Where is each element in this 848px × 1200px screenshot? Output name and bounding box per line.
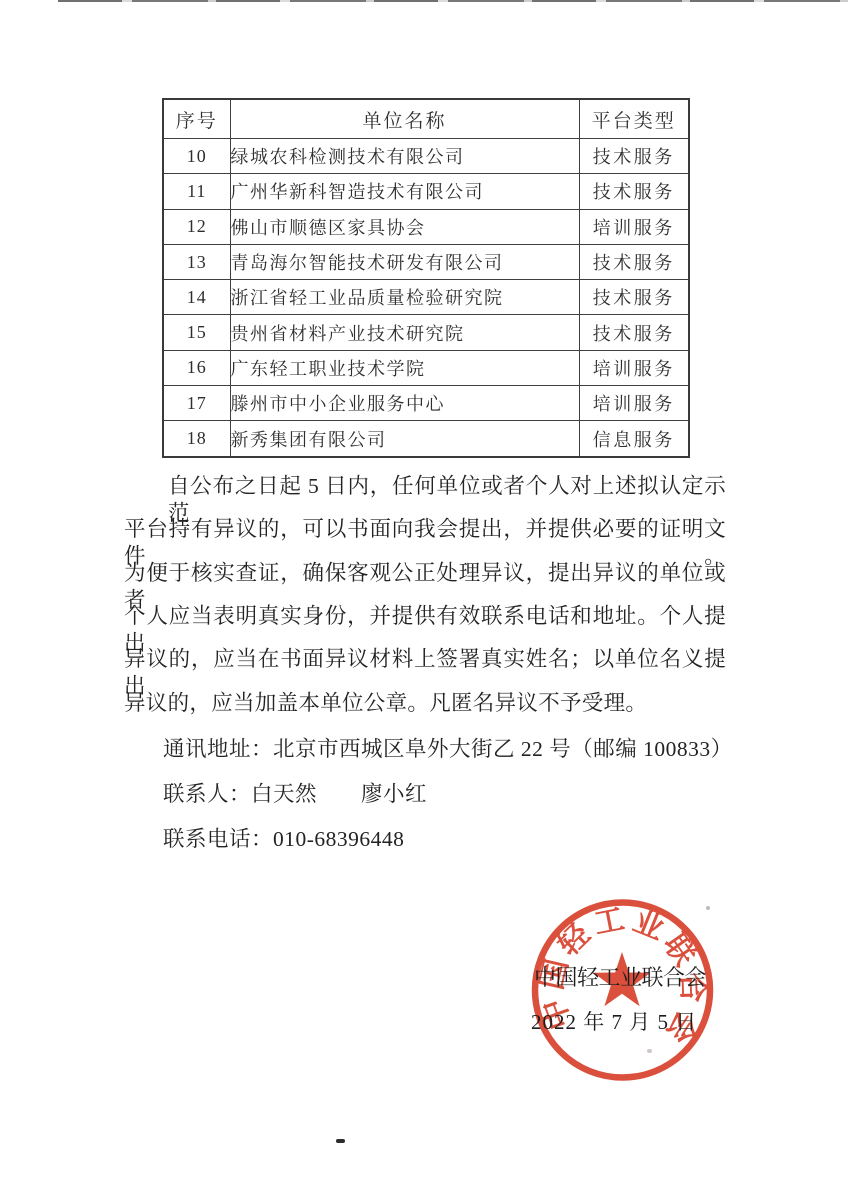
scan-speck xyxy=(706,906,710,910)
row-index: 13 xyxy=(163,244,230,279)
seal-org-name: 中国轻工业联合会 xyxy=(534,961,706,992)
scan-artifact-line xyxy=(58,0,848,2)
row-index: 15 xyxy=(163,315,230,350)
row-org-name: 绿城农科检测技术有限公司 xyxy=(230,139,579,174)
header-org-name: 单位名称 xyxy=(230,99,579,139)
row-index: 12 xyxy=(163,209,230,244)
scan-speck xyxy=(336,1139,345,1143)
row-platform-type: 培训服务 xyxy=(579,209,689,244)
row-org-name: 广东轻工职业技术学院 xyxy=(230,350,579,385)
row-index: 14 xyxy=(163,280,230,315)
scan-speck xyxy=(647,1049,652,1053)
svg-text:工: 工 xyxy=(591,903,627,941)
table-row: 17 滕州市中小企业服务中心 培训服务 xyxy=(163,386,689,421)
header-platform-type: 平台类型 xyxy=(579,99,689,139)
contact-person: 联系人：白天然 廖小红 xyxy=(163,781,427,808)
table-row: 12 佛山市顺德区家具协会 培训服务 xyxy=(163,209,689,244)
row-org-name: 贵州省材料产业技术研究院 xyxy=(230,315,579,350)
contact-address: 通讯地址：北京市西城区阜外大街乙 22 号（邮编 100833） xyxy=(163,736,733,763)
row-platform-type: 技术服务 xyxy=(579,315,689,350)
header-index: 序号 xyxy=(163,99,230,139)
table-row: 13 青岛海尔智能技术研发有限公司 技术服务 xyxy=(163,244,689,279)
row-platform-type: 信息服务 xyxy=(579,421,689,457)
row-org-name: 青岛海尔智能技术研发有限公司 xyxy=(230,244,579,279)
row-index: 11 xyxy=(163,174,230,209)
scanned-document-page: 序号 单位名称 平台类型 10 绿城农科检测技术有限公司 技术服务 11 广州华… xyxy=(0,0,848,1200)
table-row: 14 浙江省轻工业品质量检验研究院 技术服务 xyxy=(163,280,689,315)
table-row: 10 绿城农科检测技术有限公司 技术服务 xyxy=(163,139,689,174)
row-platform-type: 培训服务 xyxy=(579,386,689,421)
row-index: 16 xyxy=(163,350,230,385)
paragraph-line: 异议的，应当加盖本单位公章。凡匿名异议不予受理。 xyxy=(124,690,726,717)
table-row: 18 新秀集团有限公司 信息服务 xyxy=(163,421,689,457)
seal-date: 2022 年 7 月 5 日 xyxy=(531,1006,697,1036)
table-row: 16 广东轻工职业技术学院 培训服务 xyxy=(163,350,689,385)
row-platform-type: 技术服务 xyxy=(579,174,689,209)
table-row: 15 贵州省材料产业技术研究院 技术服务 xyxy=(163,315,689,350)
row-index: 10 xyxy=(163,139,230,174)
row-org-name: 浙江省轻工业品质量检验研究院 xyxy=(230,280,579,315)
row-platform-type: 技术服务 xyxy=(579,139,689,174)
row-org-name: 新秀集团有限公司 xyxy=(230,421,579,457)
row-org-name: 滕州市中小企业服务中心 xyxy=(230,386,579,421)
row-platform-type: 技术服务 xyxy=(579,244,689,279)
platform-table: 序号 单位名称 平台类型 10 绿城农科检测技术有限公司 技术服务 11 广州华… xyxy=(162,98,690,458)
svg-text:轻: 轻 xyxy=(551,917,597,963)
table-header-row: 序号 单位名称 平台类型 xyxy=(163,99,689,139)
row-platform-type: 培训服务 xyxy=(579,350,689,385)
row-platform-type: 技术服务 xyxy=(579,280,689,315)
row-index: 17 xyxy=(163,386,230,421)
contact-phone: 联系电话：010-68396448 xyxy=(163,826,404,853)
row-index: 18 xyxy=(163,421,230,457)
table-row: 11 广州华新科智造技术有限公司 技术服务 xyxy=(163,174,689,209)
row-org-name: 佛山市顺德区家具协会 xyxy=(230,209,579,244)
row-org-name: 广州华新科智造技术有限公司 xyxy=(230,174,579,209)
